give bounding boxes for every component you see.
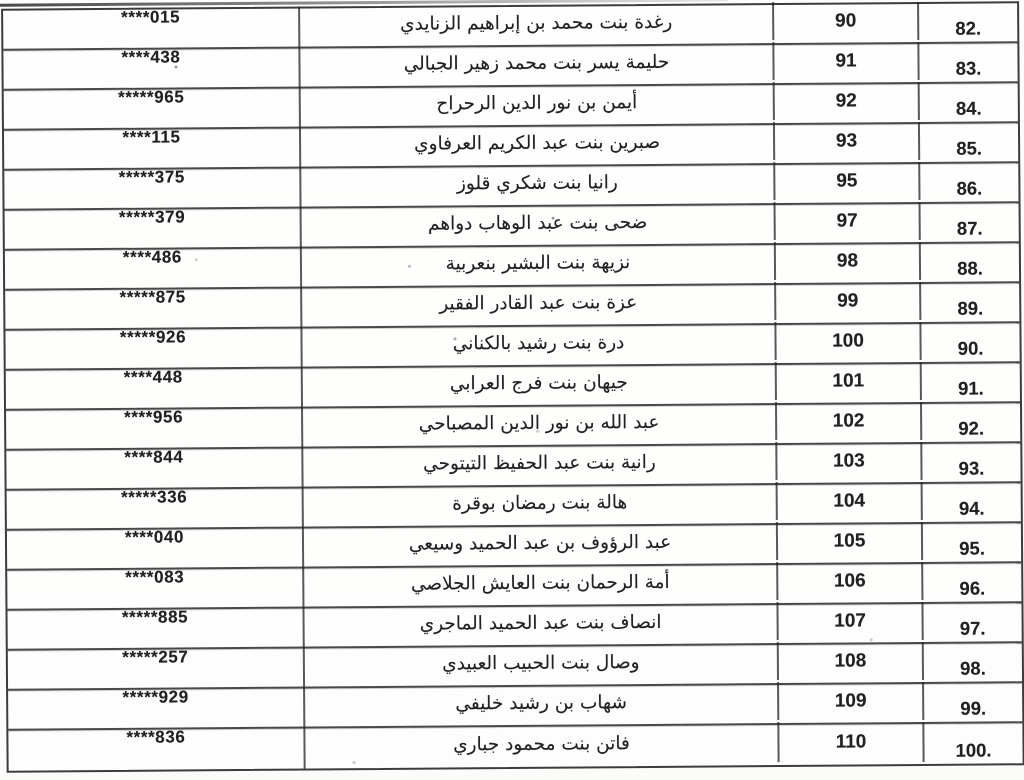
cell-name: شهاب بن رشيد خليفي <box>305 682 779 723</box>
cell-score: 105 <box>778 522 923 561</box>
cell-name: هالة بنت رمضان بوقرة <box>304 482 778 523</box>
cell-masked-id: ****836 <box>8 727 305 771</box>
cell-masked-id: *****875 <box>5 287 302 329</box>
scan-speck <box>174 65 177 68</box>
cell-name: وصال بنت الحبيب العبيدي <box>305 642 779 683</box>
cell-name: أمة الرحمان بنت العايش الجلاصي <box>304 562 778 603</box>
scan-skew-wrapper: ****015 رغدة بنت محمد بن إبراهيم الزنايد… <box>0 0 1024 780</box>
cell-name: حليمة يسر بنت محمد زهير الجبالي <box>300 42 774 83</box>
cell-rank: 100. <box>924 723 1022 764</box>
cell-score: 104 <box>778 482 923 521</box>
cell-name: فاتن بنت محمود جباري <box>305 722 779 765</box>
cell-name: ضحى بنت عبد الوهاب دواهم <box>302 202 776 243</box>
cell-score: 108 <box>779 642 924 681</box>
cell-rank: 85. <box>920 123 1018 162</box>
cell-score: 103 <box>777 442 922 481</box>
cell-rank: 96. <box>923 563 1021 602</box>
cell-score: 92 <box>775 82 920 121</box>
cell-rank: 86. <box>920 163 1018 202</box>
cell-rank: 84. <box>920 83 1018 122</box>
scan-speck <box>195 258 198 261</box>
scan-speck <box>453 337 456 340</box>
cell-rank: 89. <box>921 283 1019 322</box>
cell-masked-id: ****040 <box>7 527 304 569</box>
scan-speck <box>870 638 873 641</box>
cell-name: جيهان بنت فرج العرابي <box>303 362 777 403</box>
cell-rank: 87. <box>921 203 1019 242</box>
cell-masked-id: ****438 <box>3 47 300 89</box>
cell-name: عزة بنت عبد القادر الفقير <box>302 282 776 323</box>
cell-rank: 91. <box>922 363 1020 402</box>
cell-score: 101 <box>777 362 922 401</box>
cell-score: 102 <box>777 402 922 441</box>
cell-name: رغدة بنت محمد بن إبراهيم الزنايدي <box>300 2 774 43</box>
cell-name: أيمن بن نور الدين الرحراح <box>301 82 775 123</box>
cell-masked-id: *****929 <box>8 687 305 729</box>
scan-speck <box>408 265 411 268</box>
cell-masked-id: ****448 <box>6 367 303 409</box>
cell-rank: 94. <box>923 483 1021 522</box>
cell-score: 91 <box>774 42 919 81</box>
cell-masked-id: *****336 <box>7 487 304 529</box>
cell-rank: 97. <box>923 603 1021 642</box>
cell-rank: 82. <box>919 3 1017 42</box>
cell-score: 106 <box>778 562 923 601</box>
cell-name: عبد الرؤوف بن عبد الحميد وسيعي <box>304 522 778 563</box>
cell-score: 110 <box>779 722 924 763</box>
cell-name: رانيا بنت شكري قلوز <box>301 162 775 203</box>
cell-rank: 83. <box>919 43 1017 82</box>
cell-masked-id: *****257 <box>8 647 305 689</box>
cell-masked-id: ****956 <box>6 407 303 449</box>
cell-name: نزيهة بنت البشير بنعربية <box>302 242 776 283</box>
cell-rank: 99. <box>924 683 1022 722</box>
table-row: ****836 فاتن بنت محمود جباري 110 100. <box>8 723 1022 770</box>
scanned-page: ****015 رغدة بنت محمد بن إبراهيم الزنايد… <box>0 0 1024 780</box>
cell-name: درة بنت رشيد بالكناني <box>302 322 776 363</box>
cell-rank: 95. <box>923 523 1021 562</box>
cell-score: 90 <box>774 2 919 41</box>
cell-masked-id: ****015 <box>3 7 300 49</box>
cell-masked-id: ****115 <box>4 127 301 169</box>
cell-masked-id: *****885 <box>7 607 304 649</box>
scan-speck <box>353 761 356 764</box>
cell-masked-id: *****375 <box>4 167 301 209</box>
cell-score: 95 <box>775 162 920 201</box>
cell-score: 109 <box>779 682 924 721</box>
results-table: ****015 رغدة بنت محمد بن إبراهيم الزنايد… <box>1 1 1024 772</box>
scan-speck <box>536 430 539 433</box>
cell-rank: 98. <box>924 643 1022 682</box>
cell-masked-id: *****965 <box>4 87 301 129</box>
cell-name: انصاف بنت عبد الحميد الماجري <box>304 602 778 643</box>
cell-name: صبرين بنت عبد الكريم العرفاوي <box>301 122 775 163</box>
cell-score: 107 <box>778 602 923 641</box>
cell-score: 97 <box>776 202 921 241</box>
cell-masked-id: ****486 <box>5 247 302 289</box>
cell-rank: 88. <box>921 243 1019 282</box>
cell-rank: 92. <box>922 403 1020 442</box>
cell-score: 93 <box>775 122 920 161</box>
cell-score: 99 <box>776 282 921 321</box>
cell-score: 100 <box>776 322 921 361</box>
cell-rank: 93. <box>922 443 1020 482</box>
cell-masked-id: ****844 <box>6 447 303 489</box>
scan-speck <box>552 217 555 220</box>
cell-masked-id: ****083 <box>7 567 304 609</box>
cell-masked-id: *****379 <box>5 207 302 249</box>
cell-rank: 90. <box>921 323 1019 362</box>
cell-masked-id: *****926 <box>5 327 302 369</box>
cell-name: عبد الله بن نور الدين المصباحي <box>303 402 777 443</box>
cell-score: 98 <box>776 242 921 281</box>
cell-name: رانية بنت عبد الحفيظ التيتوحي <box>303 442 777 483</box>
